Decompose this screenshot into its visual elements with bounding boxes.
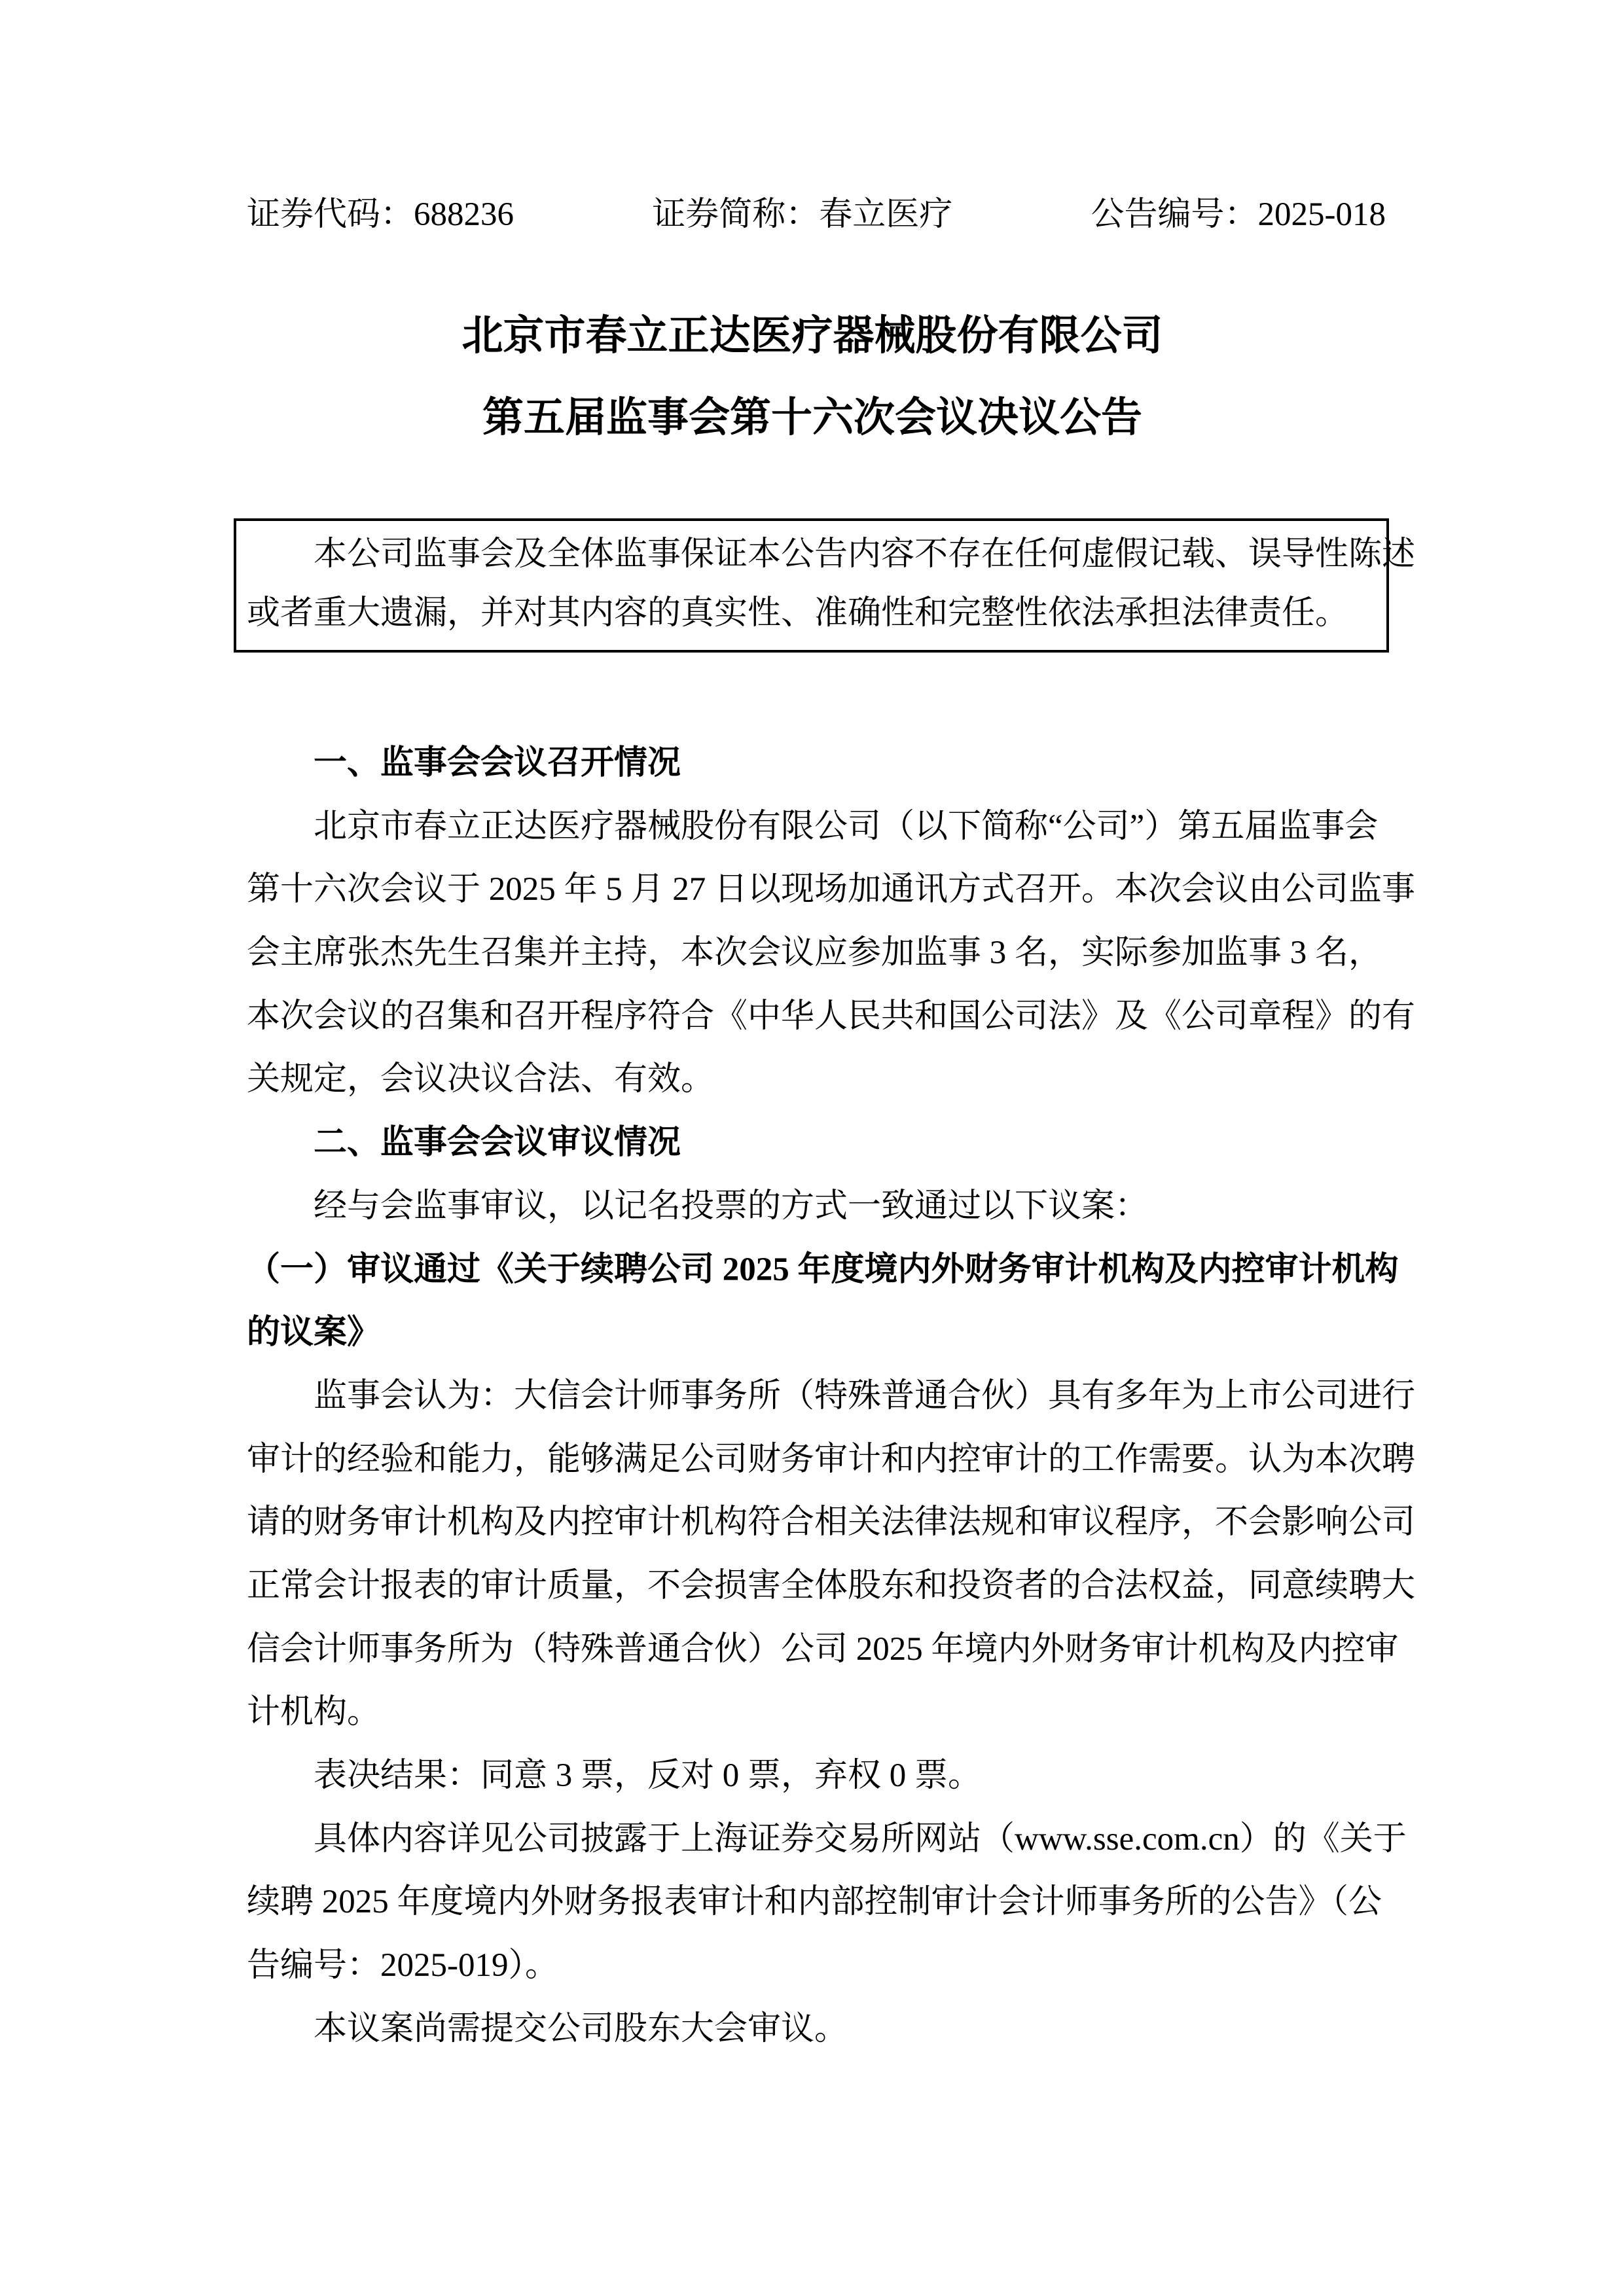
section2-heading: 二、监事会会议审议情况 (247, 1111, 1386, 1175)
resolution-para-line: 请的财务审计机构及内控审计机构符合相关法律法规和审议程序，不会影响公司 (247, 1491, 1386, 1554)
disclaimer-box: 本公司监事会及全体监事保证本公告内容不存在任何虚假记载、误导性陈述 或者重大遗漏… (234, 518, 1389, 653)
doc-title-line1: 北京市春立正达医疗器械股份有限公司 (243, 295, 1382, 377)
resolution-para-line: 审计的经验和能力，能够满足公司财务审计和内控审计的工作需要。认为本次聘 (247, 1428, 1386, 1492)
doc-body: 一、监事会会议召开情况 北京市春立正达医疗器械股份有限公司（以下简称“公司”）第… (247, 732, 1386, 2060)
doc-header: 证券代码：688236 证券简称：春立医疗 公告编号：2025-018 (247, 194, 1386, 236)
resolution-para-line: 正常会计报表的审计质量，不会损害全体股东和投资者的合法权益，同意续聘大 (247, 1554, 1386, 1618)
resolution-para-line: 监事会认为：大信会计师事务所（特殊普通合伙）具有多年为上市公司进行 (247, 1365, 1386, 1428)
disclaimer-line-2: 或者重大遗漏，并对其内容的真实性、准确性和完整性依法承担法律责任。 (247, 584, 1376, 643)
section1-para-line: 关规定，会议决议合法、有效。 (247, 1048, 1386, 1111)
doc-title-line2: 第五届监事会第十六次会议决议公告 (243, 377, 1382, 459)
stock-abbr: 证券简称：春立医疗 (652, 194, 952, 236)
disclaimer-line-1: 本公司监事会及全体监事保证本公告内容不存在任何虚假记载、误导性陈述 (247, 525, 1376, 584)
section1-para-line: 第十六次会议于 2025 年 5 月 27 日以现场加通讯方式召开。本次会议由公… (247, 858, 1386, 922)
disclosure-ref-line: 续聘 2025 年度境内外财务报表审计和内部控制审计会计师事务所的公告》（公 (247, 1871, 1386, 1934)
announcement-number: 公告编号：2025-018 (1091, 194, 1386, 236)
section1-para-line: 北京市春立正达医疗器械股份有限公司（以下简称“公司”）第五届监事会 (247, 795, 1386, 859)
disclosure-ref-line: 具体内容详见公司披露于上海证券交易所网站（www.sse.com.cn）的《关于 (247, 1808, 1386, 1871)
section1-para-line: 本次会议的召集和召开程序符合《中华人民共和国公司法》及《公司章程》的有 (247, 985, 1386, 1049)
announcement-page: 证券代码：688236 证券简称：春立医疗 公告编号：2025-018 北京市春… (0, 0, 1624, 2296)
vote-result-line: 表决结果：同意 3 票，反对 0 票，弃权 0 票。 (247, 1744, 1386, 1808)
section1-heading: 一、监事会会议召开情况 (247, 732, 1386, 795)
disclosure-ref-line: 告编号：2025-019）。 (247, 1934, 1386, 1998)
shareholder-meeting-note: 本议案尚需提交公司股东大会审议。 (247, 1998, 1386, 2061)
resolution-heading-line: （一）审议通过《关于续聘公司 2025 年度境内外财务审计机构及内控审计机构 (247, 1238, 1386, 1302)
doc-title: 北京市春立正达医疗器械股份有限公司 第五届监事会第十六次会议决议公告 (243, 295, 1382, 459)
section2-intro-line: 经与会监事审议，以记名投票的方式一致通过以下议案： (247, 1175, 1386, 1238)
resolution-para-line: 计机构。 (247, 1681, 1386, 1744)
section1-para-line: 会主席张杰先生召集并主持，本次会议应参加监事 3 名，实际参加监事 3 名， (247, 922, 1386, 985)
resolution-para-line: 信会计师事务所为（特殊普通合伙）公司 2025 年境内外财务审计机构及内控审 (247, 1618, 1386, 1681)
resolution-heading-line: 的议案》 (247, 1301, 1386, 1365)
stock-code: 证券代码：688236 (247, 194, 514, 236)
